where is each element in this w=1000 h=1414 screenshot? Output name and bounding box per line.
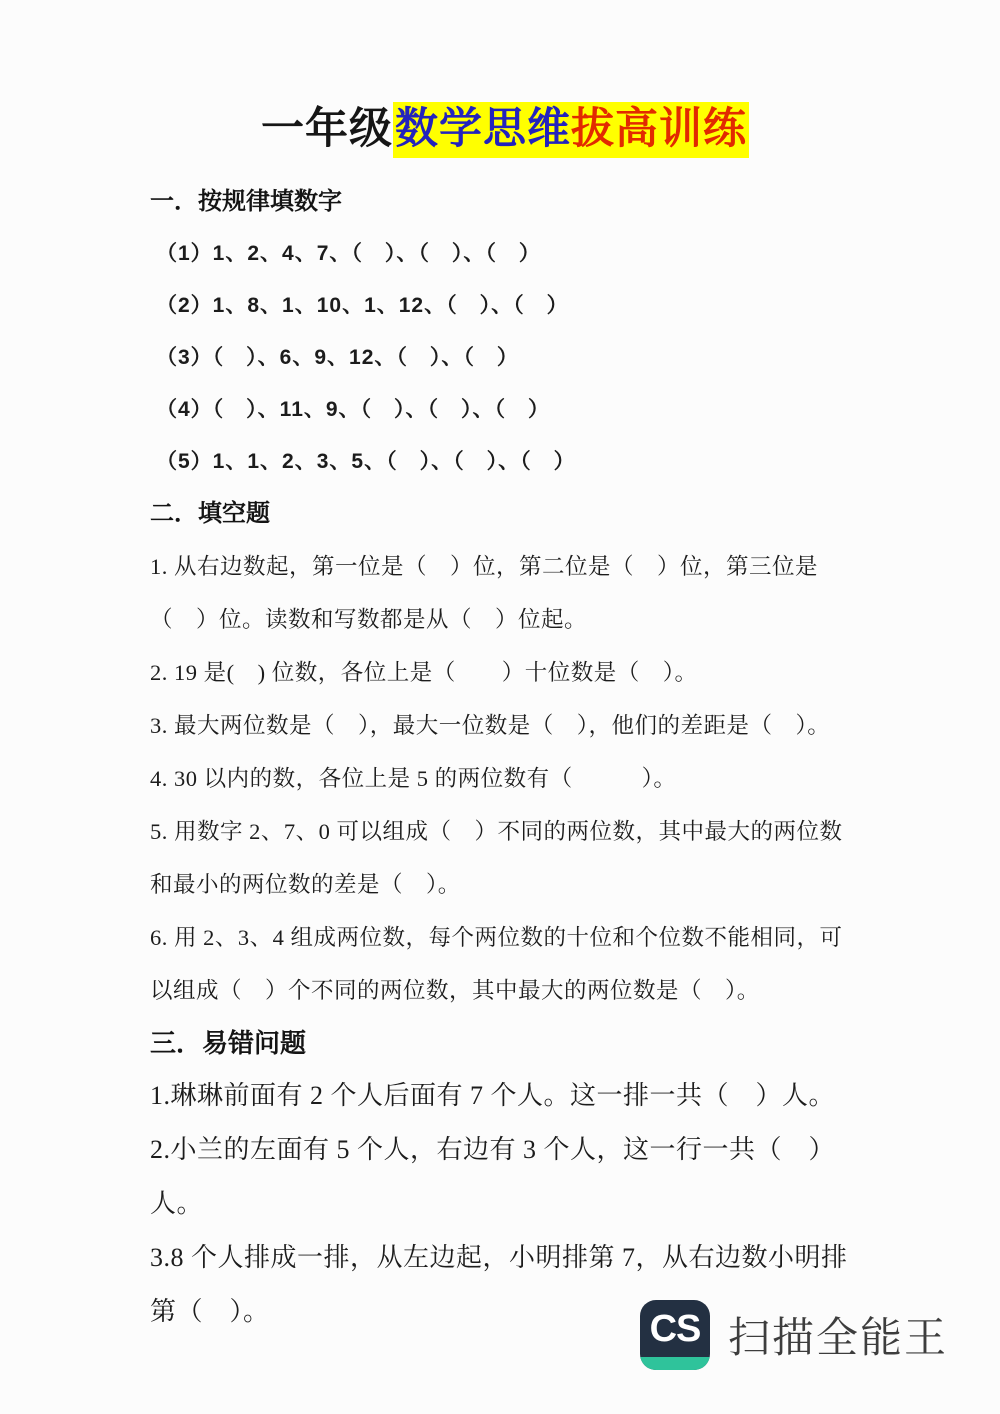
camscanner-logo-icon: CS	[640, 1300, 710, 1370]
camscanner-logo-letters: CS	[650, 1310, 701, 1348]
blank-item-2: 2. 19 是( ) 位数，各位上是（ ）十位数是（ ）。	[150, 646, 860, 699]
blank-item-4: 4. 30 以内的数，各位上是 5 的两位数有（ ）。	[150, 752, 860, 805]
section-blanks-list: 1. 从右边数起，第一位是（ ）位，第二位是（ ）位，第三位是（ ）位。读数和写…	[150, 540, 860, 1017]
pattern-item-5: （5）1、1、2、3、5、（ ）、（ ）、（ ）	[156, 436, 860, 488]
section-tricky-list: 1.琳琳前面有 2 个人后面有 7 个人。这一排一共（ ）人。 2.小兰的左面有…	[150, 1069, 860, 1339]
tricky-item-1: 1.琳琳前面有 2 个人后面有 7 个人。这一排一共（ ）人。	[150, 1069, 860, 1123]
page-title: 一年级数学思维拔高训练	[150, 100, 860, 158]
blank-item-5: 5. 用数字 2、7、0 可以组成（ ）不同的两位数，其中最大的两位数和最小的两…	[150, 805, 860, 911]
pattern-item-1: （1）1、2、4、7、（ ）、（ ）、（ ）	[156, 228, 860, 280]
logo-accent-bar	[640, 1357, 710, 1370]
camscanner-brand-name: 扫描全能王	[728, 1305, 948, 1365]
section-blanks-heading: 二．填空题	[150, 488, 860, 540]
section-pattern-heading: 一．按规律填数字	[150, 176, 860, 228]
section-tricky-heading: 三．易错问题	[150, 1017, 860, 1069]
title-training-text: 拔高训练	[571, 102, 749, 158]
blank-item-6: 6. 用 2、3、4 组成两位数，每个两位数的十位和个位数不能相同，可以组成（ …	[150, 911, 860, 1017]
tricky-item-2: 2.小兰的左面有 5 个人，右边有 3 个人，这一行一共（ ）人。	[150, 1123, 860, 1231]
pattern-item-3: （3）（ ）、6、9、12、（ ）、（ ）	[156, 332, 860, 384]
title-grade-text: 一年级	[261, 105, 393, 153]
pattern-item-4: （4）（ ）、11、9、（ ）、（ ）、（ ）	[156, 384, 860, 436]
title-subject-text: 数学思维	[393, 102, 571, 158]
scanner-watermark: CS 扫描全能王	[640, 1300, 948, 1370]
blank-item-3: 3. 最大两位数是（ ），最大一位数是（ ），他们的差距是（ ）。	[150, 699, 860, 752]
blank-item-1: 1. 从右边数起，第一位是（ ）位，第二位是（ ）位，第三位是（ ）位。读数和写…	[150, 540, 860, 646]
section-pattern-list: （1）1、2、4、7、（ ）、（ ）、（ ） （2）1、8、1、10、1、12、…	[156, 228, 860, 488]
worksheet-page: 一年级数学思维拔高训练 一．按规律填数字 （1）1、2、4、7、（ ）、（ ）、…	[0, 0, 1000, 1414]
pattern-item-2: （2）1、8、1、10、1、12、（ ）、（ ）	[156, 280, 860, 332]
